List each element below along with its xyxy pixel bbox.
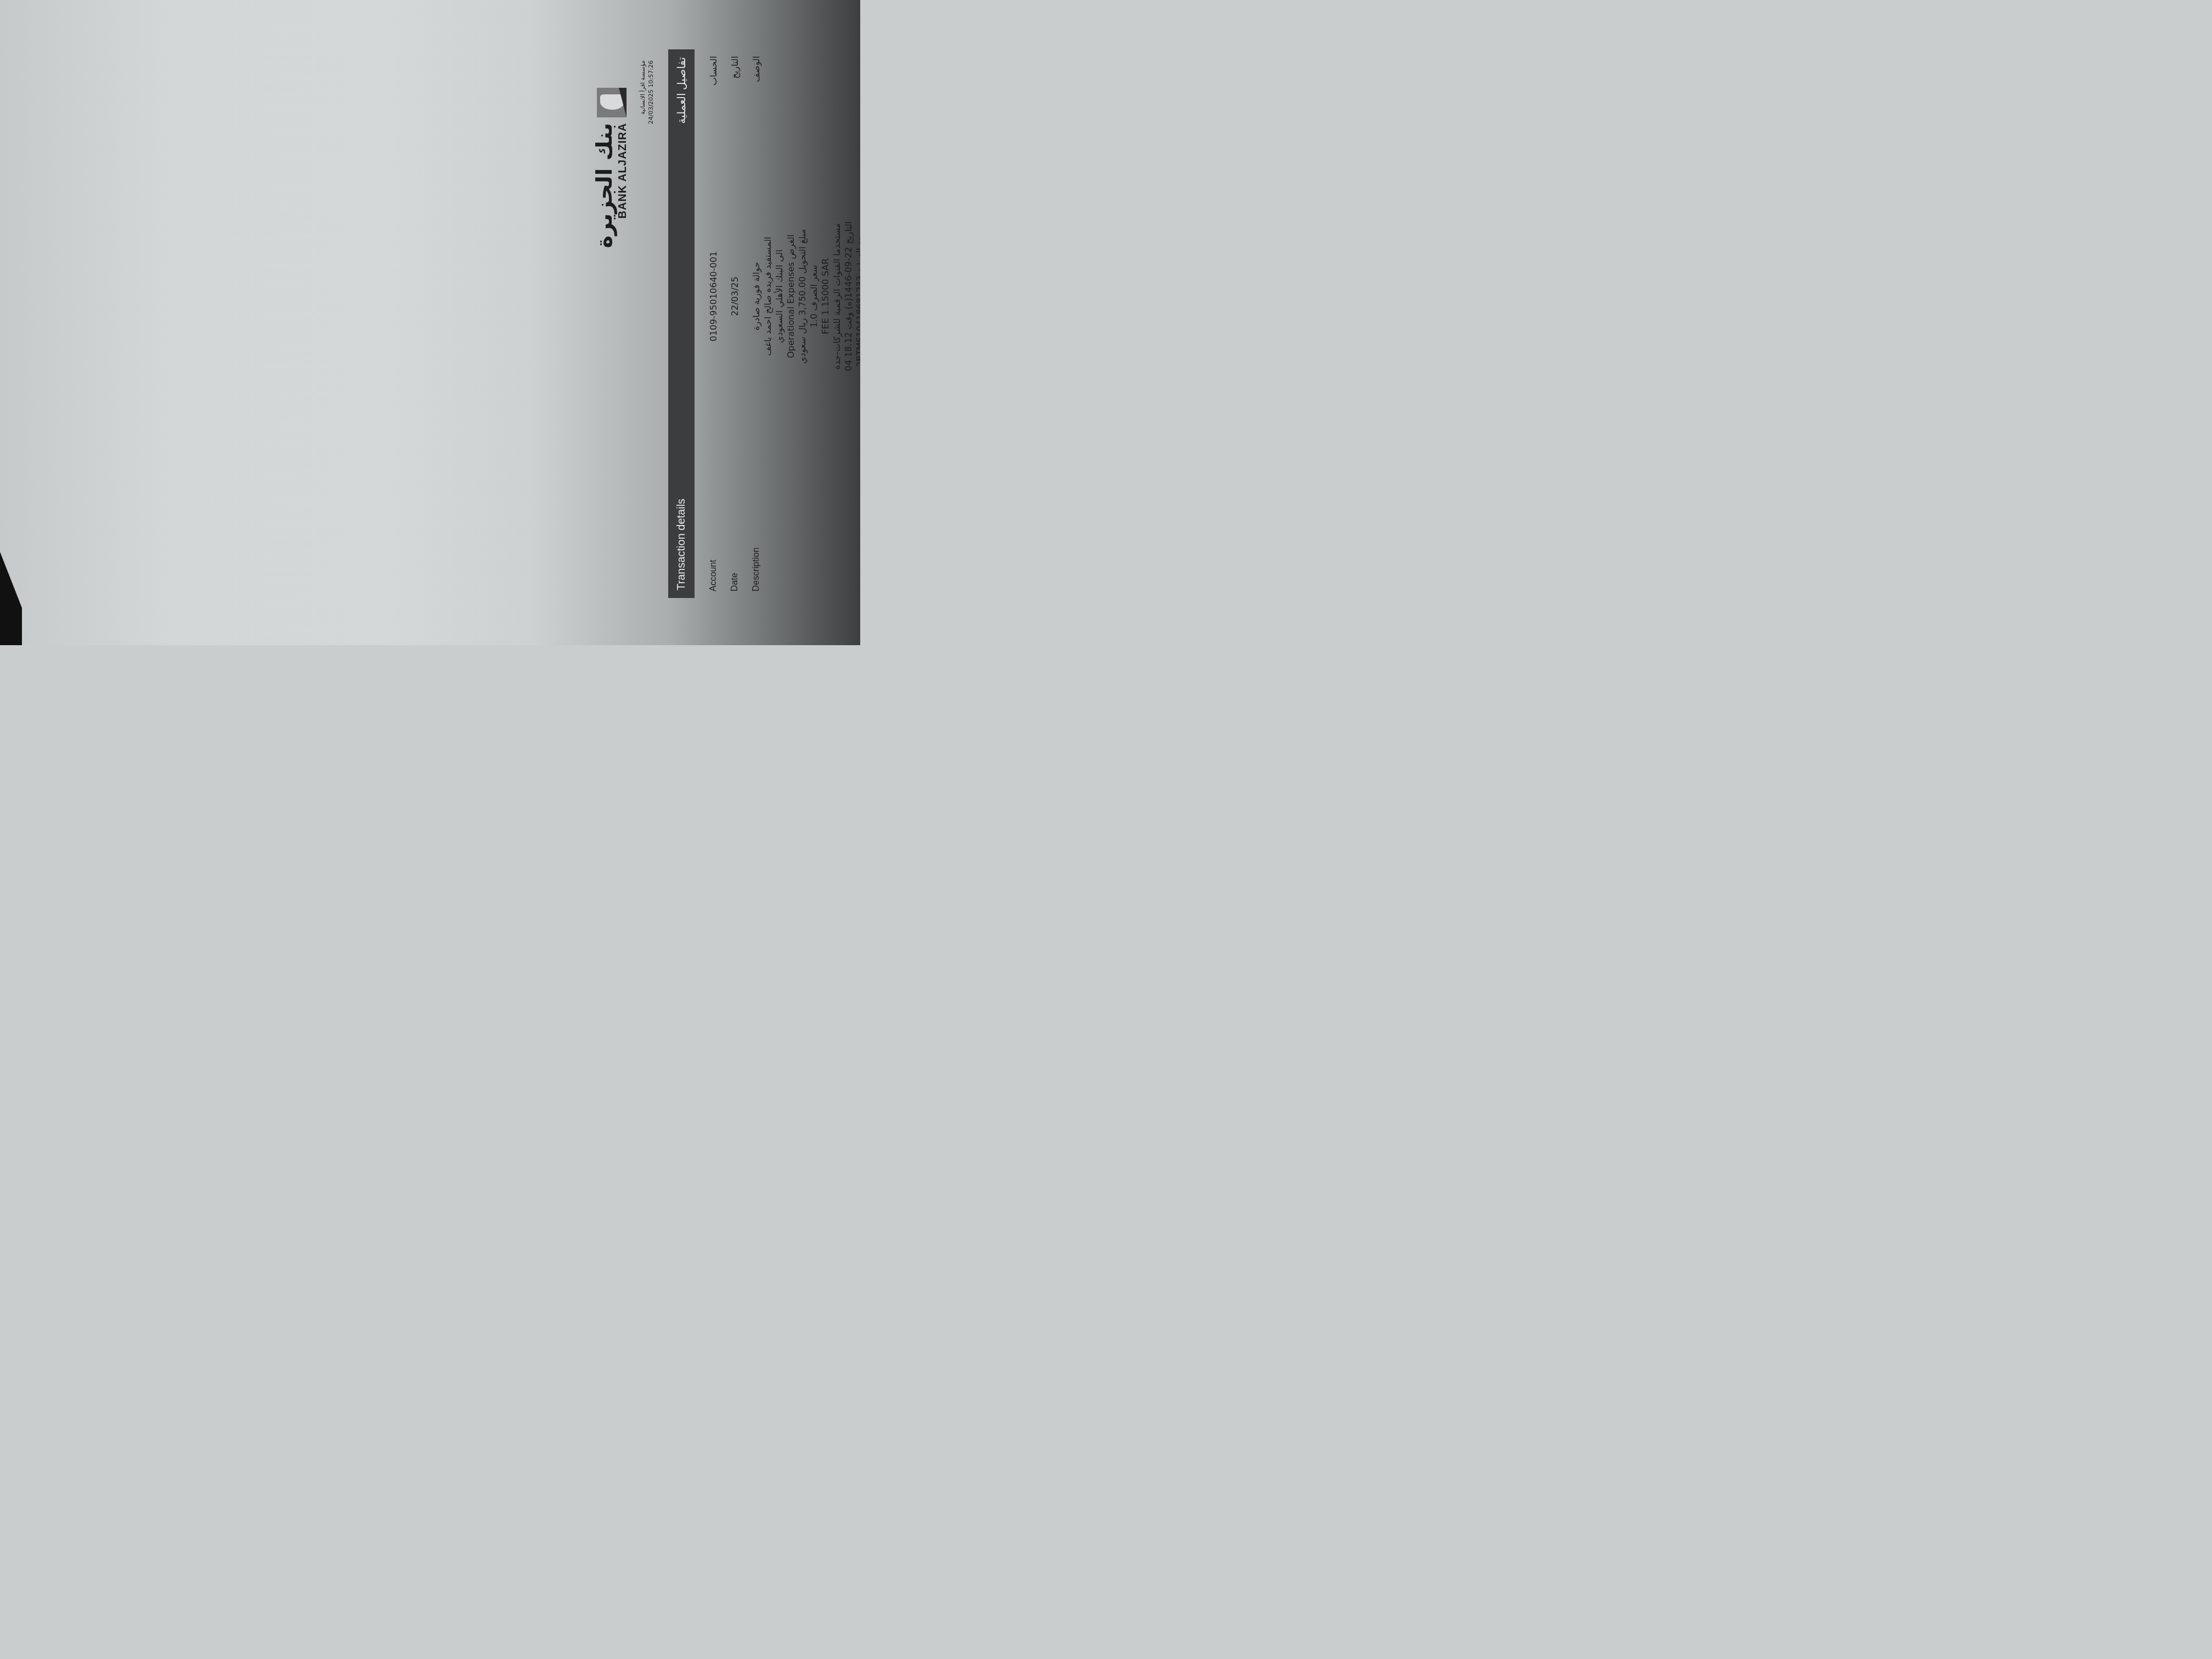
description-line: FEE 1.15000 SAR: [820, 166, 831, 427]
description-line: مرجع العملية 2BTMS10418681233: [854, 166, 860, 427]
row-description: Description حوالة فورية صادرةالمستفيد فر…: [751, 49, 860, 598]
section-header: Transaction details تفاصيل العملية: [668, 49, 695, 598]
row-date: Date 22/03/25 التاريخ: [729, 49, 741, 598]
date-value: 22/03/25: [729, 166, 741, 427]
print-info: مؤسسة اقرأ الانسانية 24/03/2025 10:57:26: [639, 60, 655, 124]
details-table: Account 0109-95010640-001 الحساب Date 22…: [708, 49, 860, 598]
description-line: التاريخ 22-09-1446(ه) وقت 04.18.12: [843, 166, 854, 427]
account-value: 0109-95010640-001: [708, 166, 719, 427]
bank-name-en: BANK ALJAZIRA: [617, 123, 629, 248]
header-title-en: Transaction details: [675, 499, 688, 590]
description-line: حوالة فورية صادرة: [751, 166, 762, 427]
description-line: مستخدما القنوات الرقمية للشركات-جدة: [831, 166, 843, 427]
printed-timestamp: 24/03/2025 10:57:26: [647, 60, 655, 124]
description-line: مبلغ التحويل 3,750.00 ريال سعودي: [797, 166, 808, 427]
label-ar: الحساب: [708, 49, 719, 166]
label-ar: الوصف: [751, 49, 762, 166]
label-en: Account: [708, 427, 719, 598]
header-title-ar: تفاصيل العملية: [675, 57, 689, 124]
bank-logo-icon: [597, 88, 627, 117]
transaction-receipt: بنك الجزيرة BANK ALJAZIRA مؤسسة اقرأ الا…: [592, 49, 860, 598]
row-account: Account 0109-95010640-001 الحساب: [708, 49, 719, 598]
label-ar: التاريخ: [729, 49, 741, 166]
description-line: الغرض Operational Expenses: [785, 166, 797, 427]
label-en: Date: [729, 427, 741, 598]
label-en: Description: [751, 427, 762, 598]
bank-logo: بنك الجزيرة BANK ALJAZIRA: [592, 88, 629, 248]
description-value: حوالة فورية صادرةالمستفيد فريده صالح احم…: [751, 166, 860, 427]
description-line: الى البنك الأهلي السعودي: [774, 166, 785, 427]
description-line: المستفيد فريده صالح احمد باغف: [762, 166, 774, 427]
bank-name-ar: بنك الجزيرة: [592, 123, 617, 248]
customer-name: مؤسسة اقرأ الانسانية: [639, 60, 647, 124]
description-line: سعر الصرف 1.0: [808, 166, 820, 427]
